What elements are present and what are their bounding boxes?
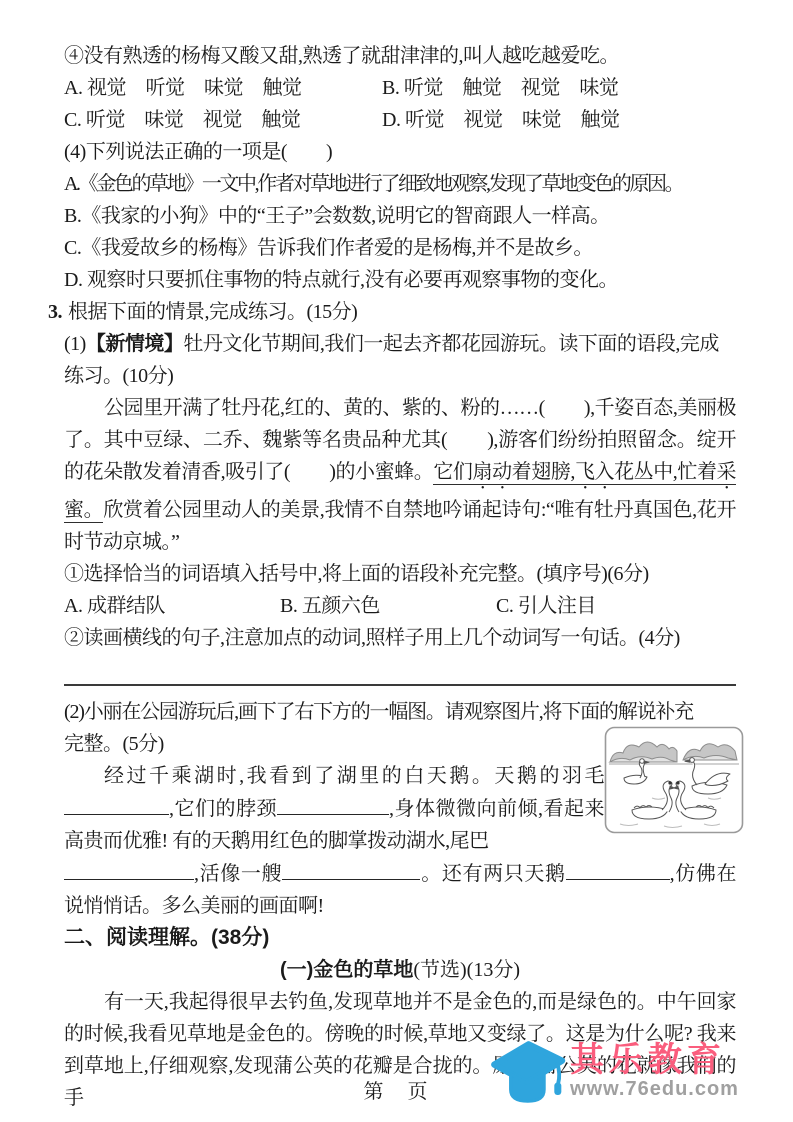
passage-dotted-verb-2: 飞入 <box>575 461 614 485</box>
fill-blank-3 <box>64 857 194 880</box>
section2-heading: 二、阅读理解。(38分) <box>64 922 736 954</box>
swan-lake-illustration <box>604 726 744 834</box>
narration-seg-5: 。还有两只天鹅 <box>420 863 566 885</box>
passage-dotted-verb-3: 采 <box>717 461 737 485</box>
q2-item4-sub4: (4)下列说法正确的一项是( ) <box>64 136 736 168</box>
q2-item4-stem: ④没有熟透的杨梅又酸又甜,熟透了就甜津津的,叫人越吃越爱吃。 <box>64 40 736 72</box>
reading-subtitle-bold: (一)金色的草地 <box>280 959 413 981</box>
narration-seg-2: ,它们的脖颈 <box>169 798 277 820</box>
passage-dotted-verb-1: 扇动 <box>473 461 512 485</box>
passage-underline-4: 蜜。 <box>64 499 103 523</box>
fill-blank-5 <box>566 857 670 880</box>
reading-subtitle: (一)金色的草地(节选)(13分) <box>64 954 736 986</box>
word-option-b: B. 五颜六色 <box>280 590 496 622</box>
q3-title-line: 3.根据下面的情景,完成练习。(15分) <box>64 296 736 328</box>
qile-education-logo: 其乐教育 www.76edu.com <box>488 1034 739 1110</box>
q2-statement-b: B.《我家的小狗》中的“王子”会数数,说明它的智商跟人一样高。 <box>64 200 736 232</box>
q3-title: 根据下面的情景,完成练习。(15分) <box>68 301 357 323</box>
q3-part2-intro-line1: (2)小丽在公园游玩后,画下了右下方的一幅图。请观察图片,将下面的解说补充 <box>64 696 736 728</box>
narration-seg-4: ,活像一艘 <box>194 863 282 885</box>
q3-word-options-row: A. 成群结队 B. 五颜六色 C. 引人注目 <box>64 590 736 622</box>
q2-sense-options-row2: C. 听觉 味觉 视觉 触觉 D. 听觉 视觉 味觉 触觉 <box>64 104 736 136</box>
logo-brand-name: 其乐教育 <box>570 1042 739 1078</box>
q2-sense-options-row1: A. 视觉 听觉 味觉 触觉 B. 听觉 触觉 视觉 味觉 <box>64 72 736 104</box>
swan-narration-part1: 经过千乘湖时,我看到了湖里的白天鹅。天鹅的羽毛,它们的脖颈,身体微微向前倾,看起… <box>64 760 604 857</box>
reading-subtitle-note: (节选)(13分) <box>413 959 520 981</box>
narration-seg-1: 经过千乘湖时,我看到了湖里的白天鹅。天鹅的羽毛 <box>104 765 604 787</box>
passage-plain-2: 欣赏着公园里动人的美景,我情不自禁地吟诵起诗句:“唯有牡丹真国色,花开时节动京城… <box>64 499 736 553</box>
fill-blank-4 <box>282 857 420 880</box>
exam-page: ④没有熟透的杨梅又酸又甜,熟透了就甜津津的,叫人越吃越爱吃。 A. 视觉 听觉 … <box>0 0 793 1122</box>
q3-part2-narrow-column: 完整。(5分) 经过千乘湖时,我看到了湖里的白天鹅。天鹅的羽毛,它们的脖颈,身体… <box>64 728 604 857</box>
q3-part1-intro-line: (1)【新情境】牡丹文化节期间,我们一起去齐都花园游玩。读下面的语段,完成练习。… <box>64 328 736 392</box>
q2-option-b: B. 听觉 触觉 视觉 味觉 <box>382 72 618 104</box>
fill-blank-2 <box>277 792 389 815</box>
q3-part1-passage: 公园里开满了牡丹花,红的、黄的、紫的、粉的……( ),千姿百态,美丽极了。其中豆… <box>64 392 736 558</box>
passage-underline-1: 它们 <box>433 461 472 485</box>
graduation-cap-icon <box>488 1034 566 1110</box>
q2-statement-d: D. 观察时只要抓住事物的特点就行,没有必要再观察事物的变化。 <box>64 264 736 296</box>
q2-option-c: C. 听觉 味觉 视觉 触觉 <box>64 104 382 136</box>
word-option-a: A. 成群结队 <box>64 590 280 622</box>
q3-part2-intro-line2: 完整。(5分) <box>64 728 604 760</box>
passage-underline-3: 花丛中,忙着 <box>614 461 716 485</box>
exam-content: ④没有熟透的杨梅又酸又甜,熟透了就甜津津的,叫人越吃越爱吃。 A. 视觉 听觉 … <box>64 40 736 1114</box>
answer-writing-line <box>64 654 736 686</box>
q2-statement-a: A.《金色的草地》一文中,作者对草地进行了细致地观察,发现了草地变色的原因。 <box>64 168 736 200</box>
passage-underline-2: 着翅膀, <box>512 461 575 485</box>
q3-part1-sub2: ②读画横线的句子,注意加点的动词,照样子用上几个动词写一句话。(4分) <box>64 622 736 654</box>
q3-part1-tag: 【新情境】 <box>86 333 184 355</box>
q3-part1-sub1: ①选择恰当的词语填入括号中,将上面的语段补充完整。(填序号)(6分) <box>64 558 736 590</box>
q2-option-d: D. 听觉 视觉 味觉 触觉 <box>382 104 619 136</box>
fill-blank-1 <box>64 792 169 815</box>
q3-number: 3. <box>48 301 62 323</box>
q3-part2-section: (2)小丽在公园游玩后,画下了右下方的一幅图。请观察图片,将下面的解说补充 完整… <box>64 696 736 922</box>
q2-option-a: A. 视觉 听觉 味觉 触觉 <box>64 72 382 104</box>
logo-website-url: www.76edu.com <box>570 1078 739 1100</box>
q3-part1-label: (1) <box>64 333 86 355</box>
q2-statement-c: C.《我爱故乡的杨梅》告诉我们作者爱的是杨梅,并不是故乡。 <box>64 232 736 264</box>
word-option-c: C. 引人注目 <box>496 590 596 622</box>
swan-narration-part2: ,活像一艘。还有两只天鹅,仿佛在说悄悄话。多么美丽的画面啊! <box>64 857 736 922</box>
